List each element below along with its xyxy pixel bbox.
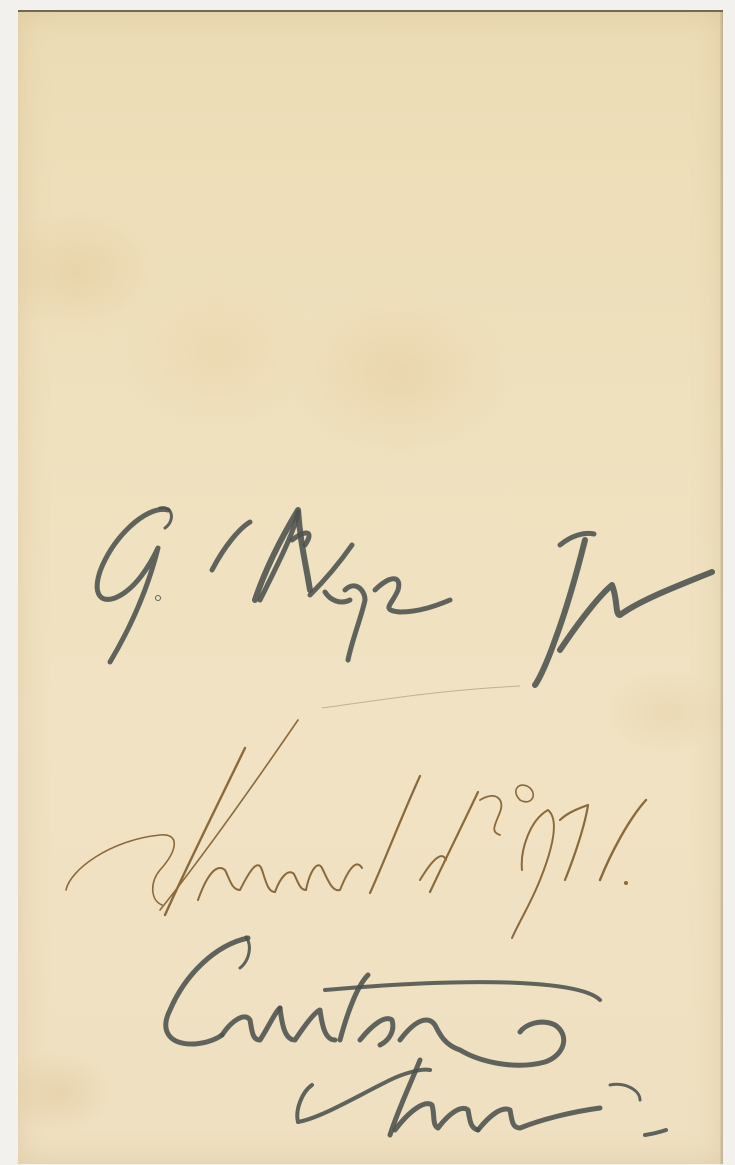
scanned-card-background: G. Nye Jr November 8th 1871. Canton Conn… <box>0 0 735 1165</box>
handwriting-layer <box>0 0 735 1165</box>
paper-scratch <box>322 686 520 708</box>
inscription-place-line2 <box>297 1060 666 1135</box>
inscription-place-line1 <box>166 937 600 1065</box>
inscription-date <box>66 720 646 938</box>
inscription-name <box>97 508 712 685</box>
